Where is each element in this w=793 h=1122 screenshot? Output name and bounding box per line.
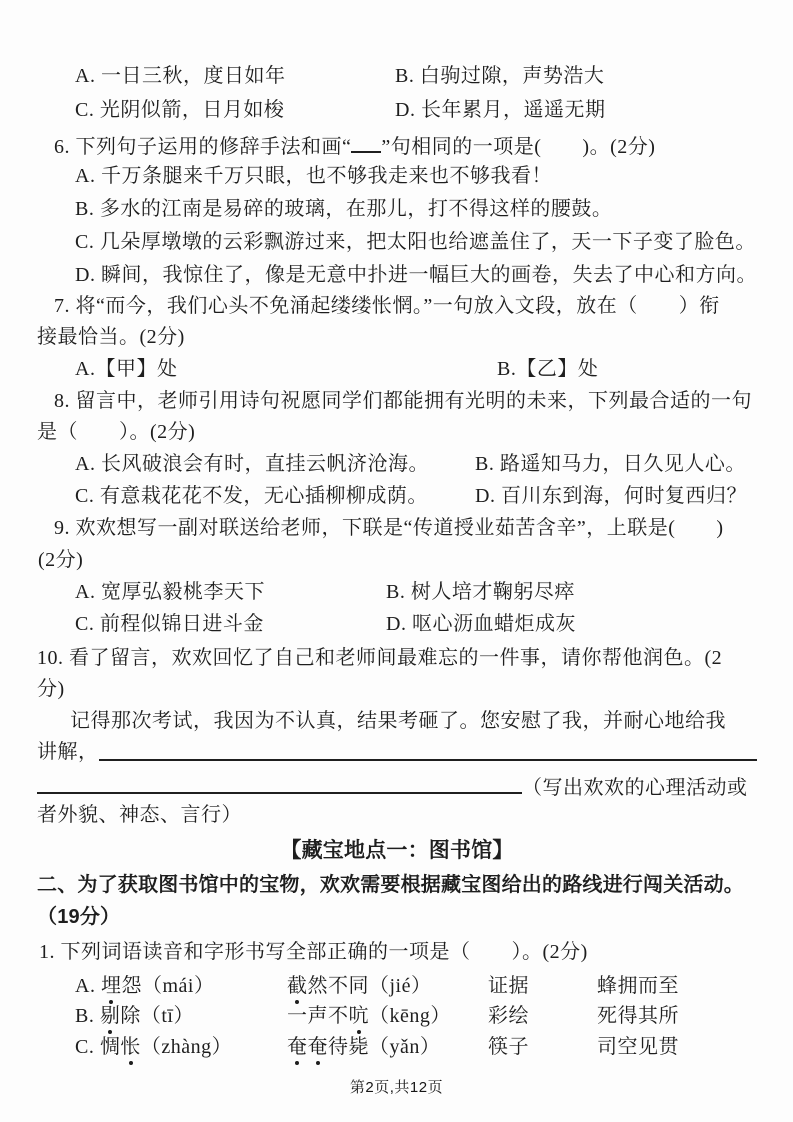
q10-paragraph-line-3: （写出欢欢的心理活动或 [37,772,748,798]
s2-q1-stem: 1. 下列词语读音和字形书写全部正确的一项是（ ）。(2分) [39,939,588,965]
q7-option-a: A.【甲】处 [75,358,177,380]
s2-q1-row-c-word-2: 奄奄待毙（yǎn） [287,1034,440,1060]
q8-stem-line-1: 8. 留言中，老师引用诗句祝愿同学们都能拥有光明的未来，下列最合适的一句 [54,388,752,414]
q5-option-c: C. 光阴似箭，日月如梭 [75,99,284,121]
q10-answer-blank-1 [99,758,758,761]
q9-stem-line-2: (2分) [38,547,83,573]
s2-q1-row-c: C. 惆怅（zhàng） 奄奄待毙（yǎn） 筷子 司空见贯 [0,1034,793,1060]
s2-q1-row-b-word-2: 一声不吭（kēng） [287,1003,451,1029]
q10-paragraph-line-2: 讲解， [37,739,757,765]
section-2-header: 【藏宝地点一：图书馆】 [37,838,757,864]
q6-option-b: B. 多水的江南是易碎的玻璃，在那儿，打不得这样的腰鼓。 [75,196,612,222]
q8-option-a: A. 长风破浪会有时，直挂云帆济沧海。 [75,453,429,475]
q8-option-c: C. 有意栽花花不发，无心插柳柳成荫。 [75,485,428,507]
q9-options-row-2: C. 前程似锦日进斗金 D. 呕心沥血蜡炬成灰 [75,611,793,637]
s2-q1-row-a: A. 埋怨（mái） 截然不同（jié） 证据 蜂拥而至 [0,973,793,999]
q5-option-a: A. 一日三秋，度日如年 [75,65,285,87]
q5-option-d: D. 长年累月，遥遥无期 [395,97,605,123]
q6-stem-pre: 6. 下列句子运用的修辞手法和画“ [54,136,351,158]
q9-option-d: D. 呕心沥血蜡炬成灰 [386,611,576,637]
q9-option-a: A. 宽厚弘毅桃李天下 [75,581,265,603]
q6-stem: 6. 下列句子运用的修辞手法和画“”句相同的一项是( )。(2分) [54,131,655,157]
section-2-intro-line-1: 二、为了获取图书馆中的宝物，欢欢需要根据藏宝图给出的路线进行闯关活动。 [37,872,744,898]
q10-stem-line-2: 分) [37,676,65,702]
q8-options-row-2: C. 有意栽花花不发，无心插柳柳成荫。 D. 百川东到海，何时复西归？ [75,483,793,509]
section-2-intro-line-2: （19分） [37,904,120,930]
q10-paragraph-line-1: 记得那次考试，我因为不认真，结果考砸了。您安慰了我，并耐心地给我 [70,708,726,734]
q10-paragraph-line-3-text: （写出欢欢的心理活动或 [522,777,748,799]
s2-q1-row-b-word-3: 彩绘 [488,1003,529,1029]
s2-q1-row-a-word-4: 蜂拥而至 [597,973,679,999]
s2-q1-row-a-word-3: 证据 [488,973,529,999]
q10-paragraph-line-4: 者外貌、神态、言行） [37,802,242,828]
q6-stem-post: ”句相同的一项是( )。(2分) [381,136,655,158]
q9-stem-line-1: 9. 欢欢想写一副对联送给老师，下联是“传道授业茹苦含辛”，上联是( ) [54,515,724,541]
q8-option-b: B. 路遥知马力，日久见人心。 [475,451,746,477]
q8-option-d: D. 百川东到海，何时复西归？ [475,483,747,509]
q9-option-c: C. 前程似锦日进斗金 [75,613,264,635]
q9-option-b: B. 树人培才鞠躬尽瘁 [386,579,575,605]
q10-stem-line-1: 10. 看了留言，欢欢回忆了自己和老师间最难忘的一件事，请你帮他润色。(2 [37,645,722,671]
q9-options-row-1: A. 宽厚弘毅桃李天下 B. 树人培才鞠躬尽瘁 [75,579,793,605]
q6-option-d: D. 瞬间，我惊住了，像是无意中扑进一幅巨大的画卷，失去了中心和方向。 [75,262,757,288]
q5-options-row-1: A. 一日三秋，度日如年 B. 白驹过隙，声势浩大 [75,63,793,89]
q8-stem-line-2: 是（ ）。(2分) [37,419,195,445]
q7-stem-line-1: 7. 将“而今，我们心头不免涌起缕缕怅惘。”一句放入文段，放在（ ）衔 [54,293,720,319]
s2-q1-row-b-word-1: B. 剔除（tī） [75,1003,194,1029]
s2-q1-row-c-word-4: 司空见贯 [597,1034,679,1060]
q6-inline-blank [351,131,381,153]
s2-q1-row-a-word-1: A. 埋怨（mái） [75,973,214,999]
s2-q1-row-c-word-1: C. 惆怅（zhàng） [75,1034,232,1060]
s2-q1-row-b: B. 剔除（tī） 一声不吭（kēng） 彩绘 死得其所 [0,1003,793,1029]
q8-options-row-1: A. 长风破浪会有时，直挂云帆济沧海。 B. 路遥知马力，日久见人心。 [75,451,793,477]
q7-stem-line-2: 接最恰当。(2分) [37,324,185,350]
q7-options-row: A.【甲】处 B.【乙】处 [75,356,793,382]
exam-page: A. 一日三秋，度日如年 B. 白驹过隙，声势浩大 C. 光阴似箭，日月如梭 D… [0,0,793,1122]
q5-option-b: B. 白驹过隙，声势浩大 [395,63,604,89]
s2-q1-row-b-word-4: 死得其所 [597,1003,679,1029]
q6-option-a: A. 千万条腿来千万只眼，也不够我走来也不够我看！ [75,163,552,189]
s2-q1-row-c-word-3: 筷子 [488,1034,529,1060]
s2-q1-row-a-word-2: 截然不同（jié） [287,973,432,999]
q10-paragraph-line-2-text: 讲解， [37,739,99,765]
q7-option-b: B.【乙】处 [497,356,598,382]
page-number-footer: 第2页,共12页 [0,1076,793,1097]
q5-options-row-2: C. 光阴似箭，日月如梭 D. 长年累月，遥遥无期 [75,97,793,123]
q10-answer-blank-2 [37,772,522,794]
q6-option-c: C. 几朵厚墩墩的云彩飘游过来，把太阳也给遮盖住了，天一下子变了脸色。 [75,229,756,255]
